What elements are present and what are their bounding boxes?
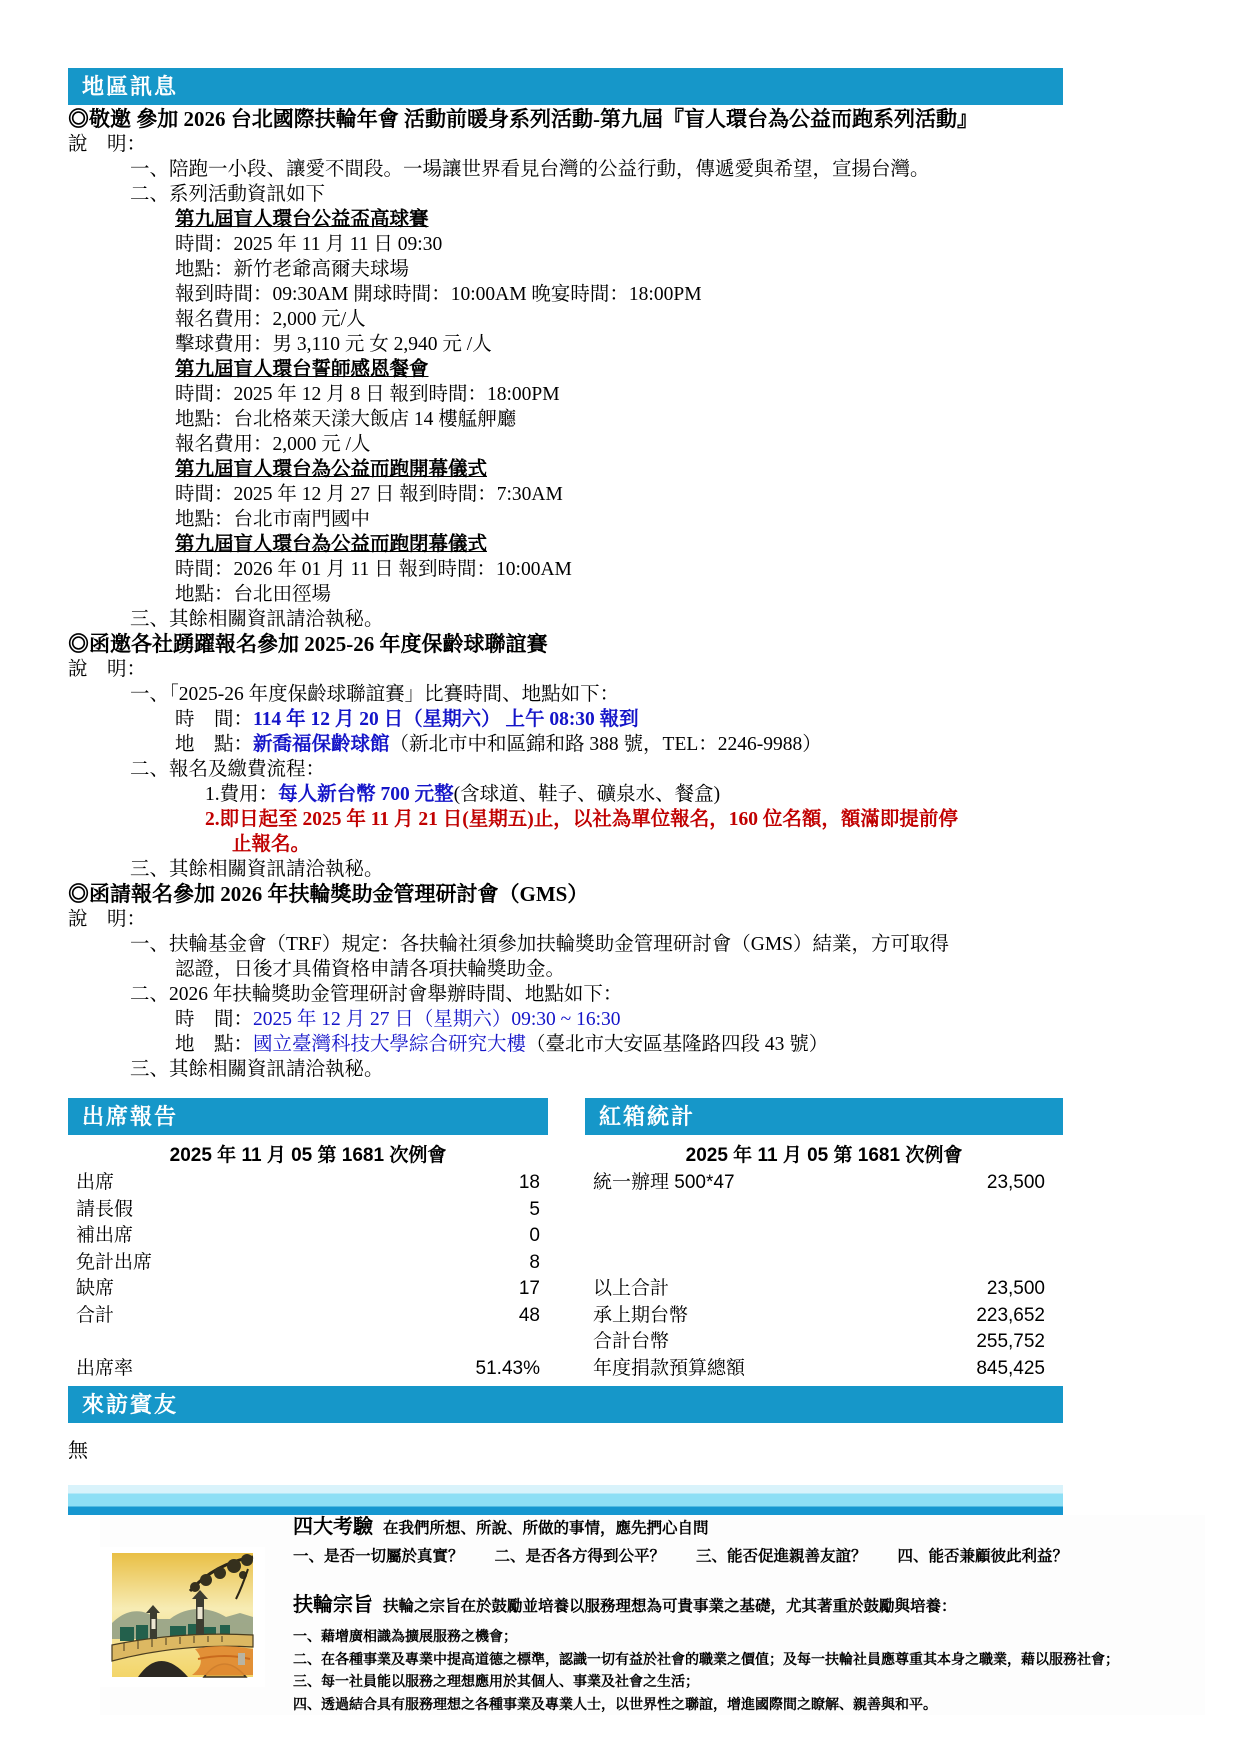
item-line: 三、其餘相關資訊請洽執秘。 xyxy=(68,857,1063,882)
event-detail: 報名費用：2,000 元 /人 xyxy=(68,432,1063,457)
section-header-label: 出席報告 xyxy=(82,1104,178,1129)
row-label: 以上合計 xyxy=(585,1276,669,1303)
text-segment: 認證，日後才具備資格申請各項扶輪獎助金。 xyxy=(175,959,565,980)
item-line: 一、陪跑一小段、讓愛不間段。一場讓世界看見台灣的公益行動，傳遞愛與希望，宣揚台灣… xyxy=(68,157,1063,182)
text-segment: 時 間： xyxy=(175,1009,253,1030)
rotary-object-intro: 扶輪之宗旨在於鼓勵並培養以服務理想為可貴事業之基礎，尤其著重於鼓勵與培養： xyxy=(383,1598,957,1615)
event-detail: 時間：2025 年 12 月 8 日 報到時間：18:00PM xyxy=(68,382,1063,407)
row-label: 統一辦理 500*47 xyxy=(585,1170,735,1197)
table-row xyxy=(585,1250,1063,1277)
text-segment: 第九屆盲人環台公益盃高球賽 xyxy=(175,209,429,230)
text-segment: 報名費用：2,000 元 /人 xyxy=(175,434,371,455)
four-way-test-title: 四大考驗 xyxy=(293,1516,373,1538)
text-segment: 報到時間：09:30AM 開球時間：10:00AM 晚宴時間：18:00PM xyxy=(175,284,702,305)
text-segment: 地點：台北市南門國中 xyxy=(175,509,370,530)
table-row xyxy=(585,1223,1063,1250)
text-segment: 二、系列活動資訊如下 xyxy=(130,184,325,205)
table-row xyxy=(585,1197,1063,1224)
rotary-object-title: 扶輪宗旨 xyxy=(293,1594,373,1616)
visitors-content: 無 xyxy=(68,1439,1063,1463)
row-label: 補出席 xyxy=(68,1223,133,1250)
table-row: 承上期台幣223,652 xyxy=(585,1303,1063,1330)
table-row: 免計出席8 xyxy=(68,1250,548,1277)
text-segment: 地點：台北田徑場 xyxy=(175,584,331,605)
row-label: 承上期台幣 xyxy=(585,1303,688,1330)
row-label: 免計出席 xyxy=(68,1250,152,1277)
section-header-attendance: 出席報告 xyxy=(68,1098,548,1135)
newsletter-page: 地區訊息 ◎敬邀 參加 2026 台北國際扶輪年會 活動前暖身系列活動-第九屆『… xyxy=(0,0,1241,1755)
text-segment: ◎函邀各社踴躍報名參加 2025-26 年度保齡球聯誼賽 xyxy=(68,632,548,656)
text-segment: 2.即日起至 2025 年 11 月 21 日(星期五)止，以社為單位報名，16… xyxy=(205,809,958,830)
table-row: 請長假5 xyxy=(68,1197,548,1224)
row-value: 18 xyxy=(519,1170,548,1197)
row-value: 223,652 xyxy=(976,1303,1063,1330)
text-segment: 第九屆盲人環台為公益而跑開幕儀式 xyxy=(175,459,487,480)
row-label xyxy=(585,1250,593,1277)
table-row: 出席率51.43% xyxy=(68,1356,548,1383)
table-row: 以上合計23,500 xyxy=(585,1276,1063,1303)
row-label: 年度捐款預算總額 xyxy=(585,1356,745,1383)
table-row: 補出席0 xyxy=(68,1223,548,1250)
text-segment: 一、扶輪基金會（TRF）規定：各扶輪社須參加扶輪獎助金管理研討會（GMS）結業，… xyxy=(130,934,949,955)
text-segment: （臺北市大安區基隆路四段 43 號） xyxy=(526,1034,828,1055)
row-label: 出席 xyxy=(68,1170,114,1197)
four-way-test-items: 一、是否一切屬於真實？ 二、是否各方得到公平？ 三、能否促進親善友誼？ 四、能否… xyxy=(293,1545,1205,1569)
text-segment: 時間：2025 年 11 月 11 日 09:30 xyxy=(175,234,442,255)
table-row xyxy=(68,1329,548,1356)
row-value: 48 xyxy=(519,1303,548,1330)
detail-time: 時 間：114 年 12 月 20 日（星期六） 上午 08:30 報到 xyxy=(68,707,1063,732)
row-label: 合計台幣 xyxy=(585,1329,669,1356)
text-segment: 國立臺灣科技大學綜合研究大樓 xyxy=(253,1034,526,1055)
text-segment: 地 點： xyxy=(175,734,253,755)
table-row: 缺席17 xyxy=(68,1276,548,1303)
row-value: 17 xyxy=(519,1276,548,1303)
rotary-object-item: 四、透過結合具有服務理想之各種事業及專業人士，以世界性之聯誼，增進國際間之瞭解、… xyxy=(293,1693,1205,1716)
rotary-object-item: 三、每一社員能以服務之理想應用於其個人、事業及社會之生活； xyxy=(293,1670,1205,1693)
section-header-label: 地區訊息 xyxy=(82,74,178,99)
text-segment: ◎函請報名參加 2026 年扶輪獎助金管理研討會（GMS） xyxy=(68,882,588,906)
row-value: 23,500 xyxy=(987,1276,1063,1303)
rotary-object-item: 二、在各種事業及專業中提高道德之標準，認識一切有益於社會的職業之價值；及每一扶輪… xyxy=(293,1648,1205,1671)
row-label: 缺席 xyxy=(68,1276,114,1303)
text-segment: (含球道、鞋子、礦泉水、餐盒) xyxy=(454,784,721,805)
explanation-label: 說 明： xyxy=(68,657,1063,682)
event-detail: 報名費用：2,000 元/人 xyxy=(68,307,1063,332)
row-label xyxy=(585,1197,593,1224)
attendance-table: 出席18請長假5補出席0免計出席8缺席17合計48出席率51.43% xyxy=(68,1170,548,1382)
text-segment: 一、陪跑一小段、讓愛不間段。一場讓世界看見台灣的公益行動，傳遞愛與希望，宣揚台灣… xyxy=(130,159,930,180)
row-label xyxy=(585,1223,593,1250)
text-segment: ◎敬邀 參加 2026 台北國際扶輪年會 活動前暖身系列活動-第九屆『盲人環台為… xyxy=(68,107,978,131)
text-segment: 三、其餘相關資訊請洽執秘。 xyxy=(130,859,384,880)
stats-section: 出席報告 2025 年 11 月 05 第 1681 次例會 出席18請長假5補… xyxy=(68,1098,1063,1382)
item-line: 二、2026 年扶輪獎助金管理研討會舉辦時間、地點如下： xyxy=(68,982,1063,1007)
attendance-report-column: 出席報告 2025 年 11 月 05 第 1681 次例會 出席18請長假5補… xyxy=(68,1098,548,1382)
item-line: 一、扶輪基金會（TRF）規定：各扶輪社須參加扶輪獎助金管理研討會（GMS）結業，… xyxy=(68,932,1063,957)
red-box-table: 統一辦理 500*4723,500以上合計23,500承上期台幣223,652合… xyxy=(585,1170,1063,1382)
row-label: 出席率 xyxy=(68,1356,133,1383)
announcement-title-bowling: ◎函邀各社踴躍報名參加 2025-26 年度保齡球聯誼賽 xyxy=(68,632,1063,657)
footer-text-block: 四大考驗在我們所想、所說、所做的事情，應先捫心自問 一、是否一切屬於真實？ 二、… xyxy=(293,1515,1205,1715)
text-segment: 每人新台幣 700 元整 xyxy=(278,784,454,805)
event-title: 第九屆盲人環台公益盃高球賽 xyxy=(68,207,1063,232)
text-segment: 說 明： xyxy=(68,909,146,930)
red-box-column: 紅箱統計 2025 年 11 月 05 第 1681 次例會 統一辦理 500*… xyxy=(585,1098,1063,1382)
section-header-label: 紅箱統計 xyxy=(599,1104,695,1129)
event-detail: 時間：2026 年 01 月 11 日 報到時間：10:00AM xyxy=(68,557,1063,582)
item-line: 一、「2025-26 年度保齡球聯誼賽」比賽時間、地點如下： xyxy=(68,682,1063,707)
section-header-visitors: 來訪賓友 xyxy=(68,1386,1063,1423)
text-segment: 二、報名及繳費流程： xyxy=(130,759,325,780)
sub-item: 1.費用：每人新台幣 700 元整(含球道、鞋子、礦泉水、餐盒) xyxy=(68,782,1063,807)
event-detail: 擊球費用：男 3,110 元 女 2,940 元 /人 xyxy=(68,332,1063,357)
section-header-label: 來訪賓友 xyxy=(82,1392,178,1417)
text-segment: 第九屆盲人環台為公益而跑閉幕儀式 xyxy=(175,534,487,555)
text-segment: 地 點： xyxy=(175,1034,253,1055)
event-title: 第九屆盲人環台為公益而跑閉幕儀式 xyxy=(68,532,1063,557)
row-value: 51.43% xyxy=(476,1356,548,1383)
event-detail: 地點：台北市南門國中 xyxy=(68,507,1063,532)
item-line: 二、報名及繳費流程： xyxy=(68,757,1063,782)
text-segment: 第九屆盲人環台誓師感恩餐會 xyxy=(175,359,429,380)
event-detail: 時間：2025 年 11 月 11 日 09:30 xyxy=(68,232,1063,257)
row-value: 255,752 xyxy=(976,1329,1063,1356)
section-header-region-news: 地區訊息 xyxy=(68,68,1063,105)
table-row: 統一辦理 500*4723,500 xyxy=(585,1170,1063,1197)
four-way-test-line: 四大考驗在我們所想、所說、所做的事情，應先捫心自問 xyxy=(293,1515,1205,1541)
text-segment: 一、「2025-26 年度保齡球聯誼賽」比賽時間、地點如下： xyxy=(130,684,619,705)
text-segment: 二、2026 年扶輪獎助金管理研討會舉辦時間、地點如下： xyxy=(130,984,622,1005)
announcement-title-run: ◎敬邀 參加 2026 台北國際扶輪年會 活動前暖身系列活動-第九屆『盲人環台為… xyxy=(68,107,1063,132)
text-segment: 時 間： xyxy=(175,709,253,730)
red-box-meeting-title: 2025 年 11 月 05 第 1681 次例會 xyxy=(585,1142,1063,1170)
row-value: 845,425 xyxy=(976,1356,1063,1383)
row-value: 0 xyxy=(529,1223,548,1250)
gradient-divider-bar xyxy=(68,1485,1063,1515)
text-segment: 時間：2025 年 12 月 8 日 報到時間：18:00PM xyxy=(175,384,560,405)
text-segment: 報名費用：2,000 元/人 xyxy=(175,309,366,330)
detail-time: 時 間：2025 年 12 月 27 日（星期六）09:30 ~ 16:30 xyxy=(68,1007,1063,1032)
row-value xyxy=(1045,1223,1063,1250)
text-segment: 新喬福保齡球館 xyxy=(253,734,390,755)
event-detail: 地點：新竹老爺高爾夫球場 xyxy=(68,257,1063,282)
attendance-meeting-title: 2025 年 11 月 05 第 1681 次例會 xyxy=(68,1142,548,1170)
detail-place: 地 點：國立臺灣科技大學綜合研究大樓（臺北市大安區基隆路四段 43 號） xyxy=(68,1032,1063,1057)
detail-place: 地 點：新喬福保齡球館（新北市中和區錦和路 388 號，TEL：2246-998… xyxy=(68,732,1063,757)
text-segment: 三、其餘相關資訊請洽執秘。 xyxy=(130,1059,384,1080)
explanation-label: 說 明： xyxy=(68,132,1063,157)
row-value xyxy=(1045,1250,1063,1277)
text-segment: 三、其餘相關資訊請洽執秘。 xyxy=(130,609,384,630)
section-header-red-box: 紅箱統計 xyxy=(585,1098,1063,1135)
text-segment: 時間：2026 年 01 月 11 日 報到時間：10:00AM xyxy=(175,559,572,580)
table-row: 合計48 xyxy=(68,1303,548,1330)
text-segment: 1.費用： xyxy=(205,784,278,805)
event-title: 第九屆盲人環台為公益而跑開幕儀式 xyxy=(68,457,1063,482)
table-row: 出席18 xyxy=(68,1170,548,1197)
row-label xyxy=(68,1329,76,1356)
page-content: 地區訊息 ◎敬邀 參加 2026 台北國際扶輪年會 活動前暖身系列活動-第九屆『… xyxy=(68,68,1063,1515)
text-segment: 止報名。 xyxy=(232,834,310,855)
text-segment: 地點：台北格萊天漾大飯店 14 樓艋舺廳 xyxy=(175,409,516,430)
event-title: 第九屆盲人環台誓師感恩餐會 xyxy=(68,357,1063,382)
row-value: 23,500 xyxy=(987,1170,1063,1197)
event-detail: 時間：2025 年 12 月 27 日 報到時間：7:30AM xyxy=(68,482,1063,507)
event-detail: 地點：台北格萊天漾大飯店 14 樓艋舺廳 xyxy=(68,407,1063,432)
item-line: 三、其餘相關資訊請洽執秘。 xyxy=(68,607,1063,632)
event-detail: 地點：台北田徑場 xyxy=(68,582,1063,607)
item-line: 二、系列活動資訊如下 xyxy=(68,182,1063,207)
table-row: 年度捐款預算總額845,425 xyxy=(585,1356,1063,1383)
event-detail: 報到時間：09:30AM 開球時間：10:00AM 晚宴時間：18:00PM xyxy=(68,282,1063,307)
row-value xyxy=(540,1329,548,1356)
rotary-footer: 四大考驗在我們所想、所說、所做的事情，應先捫心自問 一、是否一切屬於真實？ 二、… xyxy=(100,1515,1205,1715)
item-line-continued: 認證，日後才具備資格申請各項扶輪獎助金。 xyxy=(68,957,1063,982)
rotary-object-items: 一、藉增廣相識為擴展服務之機會；二、在各種事業及專業中提高道德之標準，認識一切有… xyxy=(293,1625,1205,1715)
text-segment: 擊球費用：男 3,110 元 女 2,940 元 /人 xyxy=(175,334,492,355)
four-way-test-intro: 在我們所想、所說、所做的事情，應先捫心自問 xyxy=(383,1520,709,1537)
text-segment: （新北市中和區錦和路 388 號，TEL：2246-9988） xyxy=(390,734,822,755)
text-segment: 114 年 12 月 20 日（星期六） 上午 08:30 報到 xyxy=(253,709,639,730)
row-value: 5 xyxy=(529,1197,548,1224)
sub-item: 2.即日起至 2025 年 11 月 21 日(星期五)止，以社為單位報名，16… xyxy=(68,807,1063,832)
row-value: 8 xyxy=(529,1250,548,1277)
announcement-title-gms: ◎函請報名參加 2026 年扶輪獎助金管理研討會（GMS） xyxy=(68,882,1063,907)
region-news-body: ◎敬邀 參加 2026 台北國際扶輪年會 活動前暖身系列活動-第九屆『盲人環台為… xyxy=(68,105,1063,1082)
text-segment: 地點：新竹老爺高爾夫球場 xyxy=(175,259,409,280)
table-row: 合計台幣255,752 xyxy=(585,1329,1063,1356)
text-segment: 說 明： xyxy=(68,659,146,680)
sub-item-continued: 止報名。 xyxy=(68,832,1063,857)
row-label: 合計 xyxy=(68,1303,114,1330)
text-segment: 時間：2025 年 12 月 27 日 報到時間：7:30AM xyxy=(175,484,563,505)
text-segment: 說 明： xyxy=(68,134,146,155)
rotary-object-item: 一、藉增廣相識為擴展服務之機會； xyxy=(293,1625,1205,1648)
text-segment: 2025 年 12 月 27 日（星期六）09:30 ~ 16:30 xyxy=(253,1009,621,1030)
explanation-label: 說 明： xyxy=(68,907,1063,932)
bridge-woodblock-print-image xyxy=(100,1547,265,1687)
row-label: 請長假 xyxy=(68,1197,133,1224)
row-value xyxy=(1045,1197,1063,1224)
item-line: 三、其餘相關資訊請洽執秘。 xyxy=(68,1057,1063,1082)
rotary-object-line: 扶輪宗旨扶輪之宗旨在於鼓勵並培養以服務理想為可貴事業之基礎，尤其著重於鼓勵與培養… xyxy=(293,1593,1205,1619)
